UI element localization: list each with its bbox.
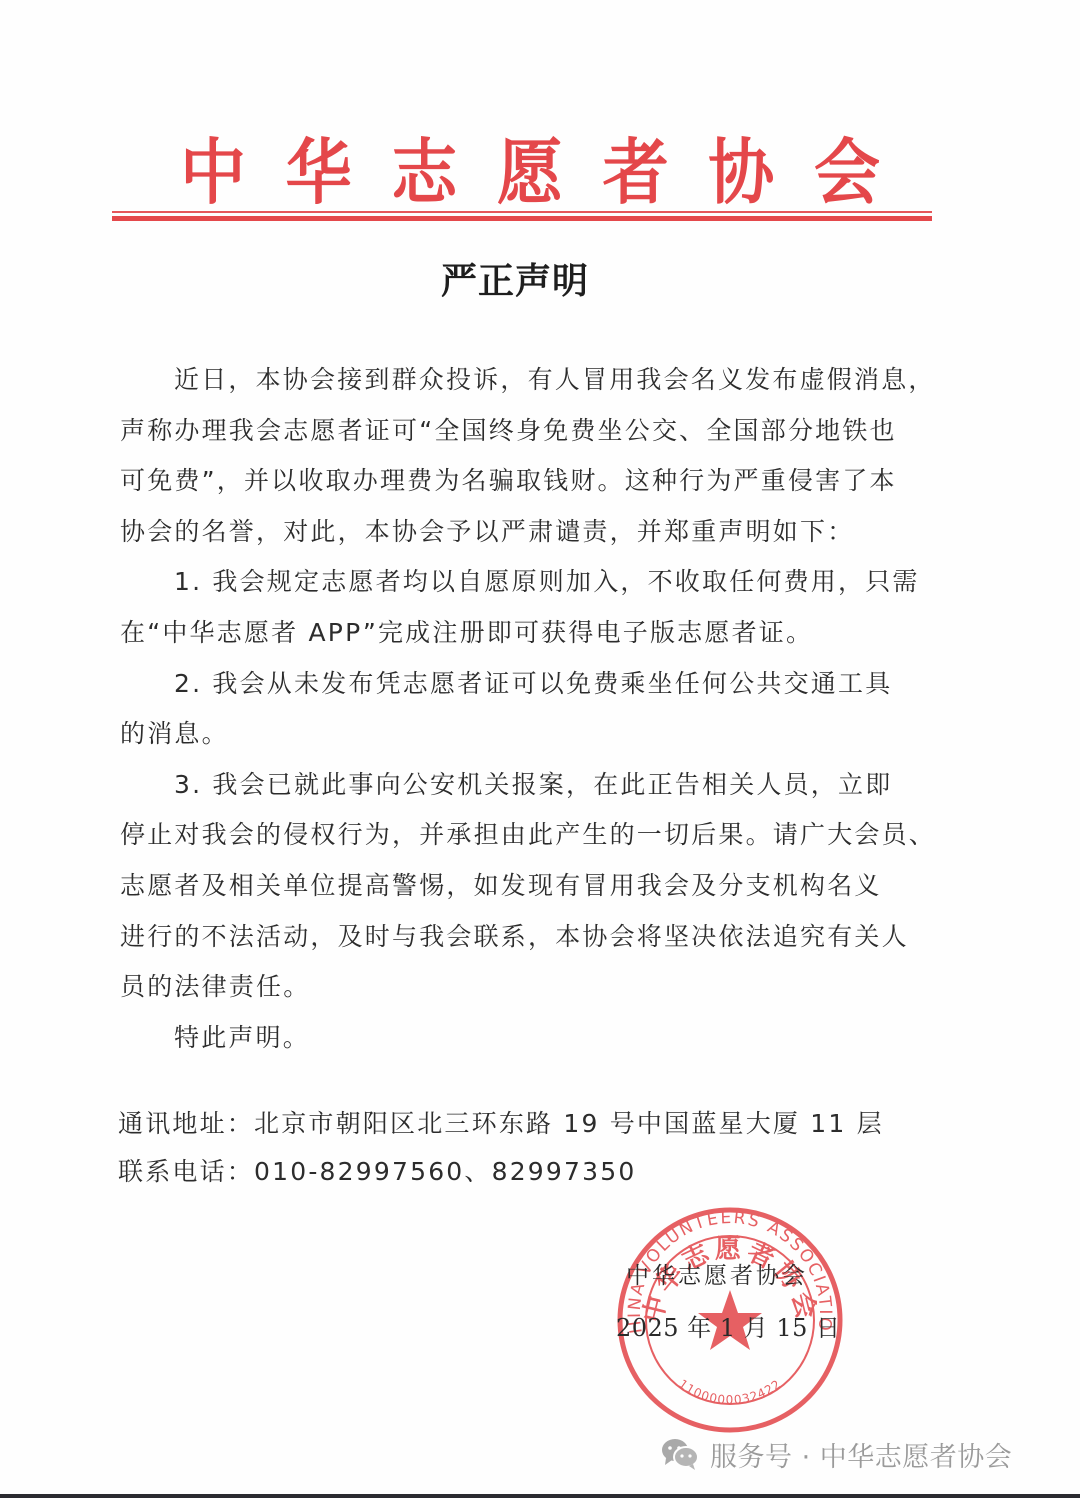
masthead-rule-thin bbox=[112, 211, 932, 213]
phone-value: 010-82997560、82997350 bbox=[254, 1157, 636, 1186]
svg-text:1100000032422: 1100000032422 bbox=[676, 1377, 784, 1407]
text-line: 员的法律责任。 bbox=[120, 962, 920, 1013]
masthead-char: 者 bbox=[603, 129, 669, 215]
text-line: 3. 我会已就此事向公安机关报案，在此正告相关人员，立即 bbox=[120, 760, 920, 811]
paragraph-intro: 近日，本协会接到群众投诉，有人冒用我会名义发布虚假消息， 声称办理我会志愿者证可… bbox=[120, 355, 920, 557]
address-value: 北京市朝阳区北三环东路 19 号中国蓝星大厦 11 层 bbox=[254, 1109, 884, 1138]
text-line: 在“中华志愿者 APP”完成注册即可获得电子版志愿者证。 bbox=[120, 608, 920, 659]
wechat-icon bbox=[660, 1437, 700, 1471]
masthead-char: 中 bbox=[180, 129, 246, 215]
bottom-edge bbox=[0, 1494, 1080, 1498]
paragraph-point-2: 2. 我会从未发布凭志愿者证可以免费乘坐任何公共交通工具 的消息。 bbox=[120, 659, 920, 760]
wechat-watermark: 服务号 · 中华志愿者协会 bbox=[660, 1432, 1012, 1476]
phone-label: 联系电话： bbox=[118, 1157, 254, 1186]
text-line: 特此声明。 bbox=[120, 1013, 920, 1064]
masthead-char: 志 bbox=[391, 129, 457, 215]
text-line: 志愿者及相关单位提高警惕，如发现有冒用我会及分支机构名义 bbox=[120, 861, 920, 912]
paragraph-closing: 特此声明。 bbox=[120, 1013, 920, 1064]
signature-organization: 中华志愿者协会 bbox=[626, 1258, 808, 1294]
text-line: 近日，本协会接到群众投诉，有人冒用我会名义发布虚假消息， bbox=[120, 355, 920, 406]
masthead-char: 会 bbox=[814, 129, 880, 215]
address-line: 通讯地址：北京市朝阳区北三环东路 19 号中国蓝星大厦 11 层 bbox=[118, 1100, 938, 1148]
contact-info: 通讯地址：北京市朝阳区北三环东路 19 号中国蓝星大厦 11 层 联系电话：01… bbox=[118, 1100, 938, 1196]
document-title: 严正声明 bbox=[0, 256, 1030, 306]
text-line: 进行的不法活动，及时与我会联系，本协会将坚决依法追究有关人 bbox=[120, 912, 920, 963]
text-line: 可免费”，并以收取办理费为名骗取钱财。这种行为严重侵害了本 bbox=[120, 456, 920, 507]
statement-body: 近日，本协会接到群众投诉，有人冒用我会名义发布虚假消息， 声称办理我会志愿者证可… bbox=[120, 355, 920, 1063]
phone-line: 联系电话：010-82997560、82997350 bbox=[118, 1148, 938, 1196]
masthead-char: 愿 bbox=[497, 129, 563, 215]
text-line: 声称办理我会志愿者证可“全国终身免费坐公交、全国部分地铁也 bbox=[120, 406, 920, 457]
text-line: 停止对我会的侵权行为，并承担由此产生的一切后果。请广大会员、 bbox=[120, 810, 920, 861]
address-label: 通讯地址： bbox=[118, 1109, 254, 1138]
watermark-label: 服务号 · 中华志愿者协会 bbox=[710, 1435, 1012, 1474]
masthead-char: 协 bbox=[708, 129, 774, 215]
text-line: 协会的名誉，对此，本协会予以严肃谴责，并郑重声明如下： bbox=[120, 507, 920, 558]
text-line: 2. 我会从未发布凭志愿者证可以免费乘坐任何公共交通工具 bbox=[120, 659, 920, 710]
masthead-title: 中 华 志 愿 者 协 会 bbox=[180, 132, 880, 212]
text-line: 的消息。 bbox=[120, 709, 920, 760]
paragraph-point-3: 3. 我会已就此事向公安机关报案，在此正告相关人员，立即 停止对我会的侵权行为，… bbox=[120, 760, 920, 1013]
text-line: 1. 我会规定志愿者均以自愿原则加入，不收取任何费用，只需 bbox=[120, 557, 920, 608]
document-page: 中 华 志 愿 者 协 会 严正声明 近日，本协会接到群众投诉，有人冒用我会名义… bbox=[0, 0, 1080, 1494]
paragraph-point-1: 1. 我会规定志愿者均以自愿原则加入，不收取任何费用，只需 在“中华志愿者 AP… bbox=[120, 557, 920, 658]
masthead-rule-thick bbox=[112, 216, 932, 221]
signature-date: 2025 年 1 月 15 日 bbox=[616, 1310, 841, 1346]
masthead-char: 华 bbox=[286, 129, 352, 215]
